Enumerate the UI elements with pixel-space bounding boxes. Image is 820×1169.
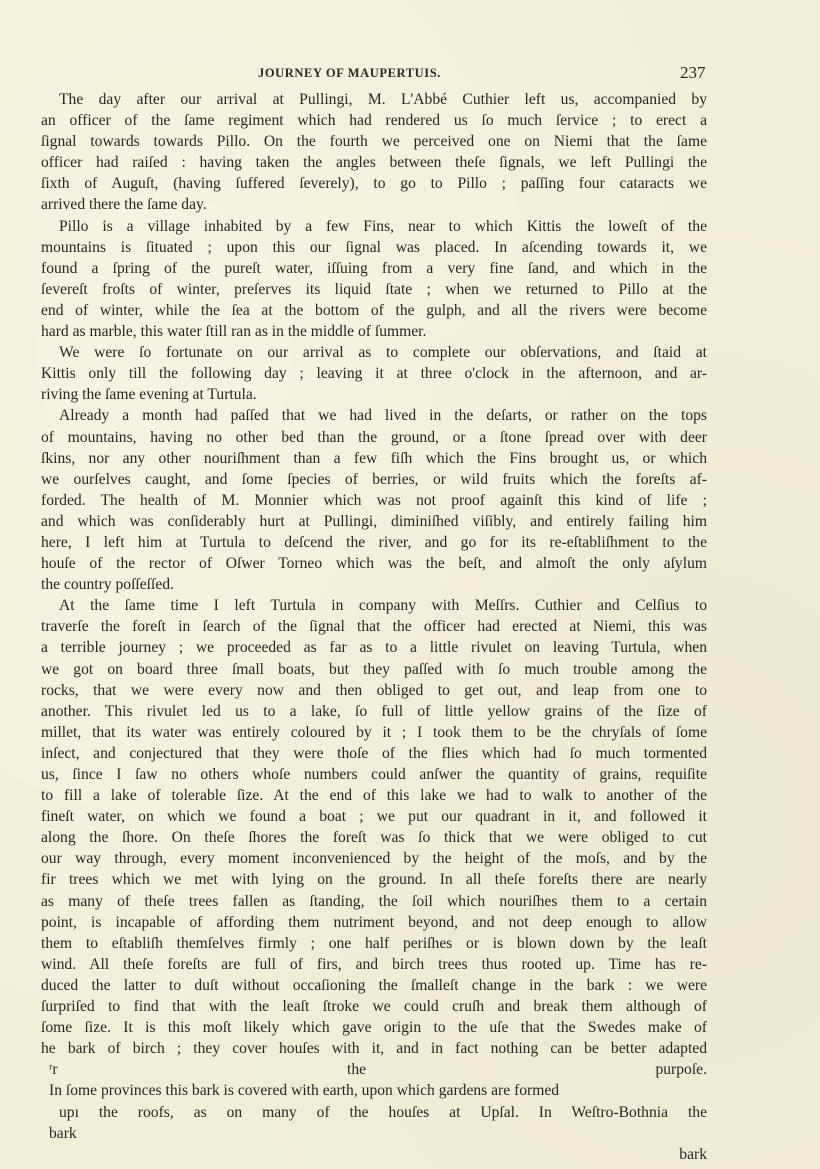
- text-line: Kittis only till the following day ; lea…: [41, 363, 707, 384]
- text-line: arrived there the ſame day.: [41, 194, 707, 215]
- text-line: houſe of the rector of Oſwer Torneo whic…: [41, 553, 707, 574]
- text-line: ſkins, nor any other nouriſhment than a …: [41, 448, 707, 469]
- text-line: along the ſhore. On theſe ſhores the for…: [41, 827, 707, 848]
- text-line: to fill a lake of tolerable ſize. At the…: [41, 785, 707, 806]
- text-line: In ſome provinces this bark is covered w…: [41, 1080, 707, 1101]
- text-line: and which was conſiderably hurt at Pulli…: [41, 511, 707, 532]
- text-line: ſevereſt froſts of winter, preſerves its…: [41, 279, 707, 300]
- text-line: a terrible journey ; we proceeded as far…: [41, 637, 707, 658]
- text-line: ſome ſize. It is this moſt likely which …: [41, 1017, 707, 1038]
- body-text: The day after our arrival at Pullingi, M…: [41, 89, 707, 1165]
- text-line: mountains is ſituated ; upon this our ſi…: [41, 237, 707, 258]
- text-line: forded. The health of M. Monnier which w…: [41, 490, 707, 511]
- text-line: our way through, every moment inconvenie…: [41, 848, 707, 869]
- text-line: millet, that its water was entirely colo…: [41, 722, 707, 743]
- text-line: hard as marble, this water ſtill ran as …: [41, 321, 707, 342]
- text-line: upı the roofs, as on many of the houſes …: [41, 1102, 707, 1123]
- text-line: an officer of the ſame regiment which ha…: [41, 110, 707, 131]
- text-line: point, is incapable of affording them nu…: [41, 912, 707, 933]
- text-line: fir trees which we met with lying on the…: [41, 869, 707, 890]
- book-page: JOURNEY OF MAUPERTUIS. 237 The day after…: [0, 0, 820, 1169]
- text-line: The day after our arrival at Pullingi, M…: [41, 89, 707, 110]
- catchword: bark: [41, 1144, 707, 1165]
- text-line: as many of theſe trees fallen as ſtandin…: [41, 891, 707, 912]
- text-line: riving the ſame evening at Turtula.: [41, 384, 707, 405]
- text-line: he bark of birch ; they cover houſes wit…: [41, 1038, 707, 1059]
- text-line: another. This rivulet led us to a lake, …: [41, 701, 707, 722]
- text-line: bark: [41, 1123, 707, 1144]
- text-line: ſixth of Auguſt, (having ſuffered ſevere…: [41, 173, 707, 194]
- text-line: wind. All theſe foreſts are full of firs…: [41, 954, 707, 975]
- text-line: We were ſo fortunate on our arrival as t…: [41, 342, 707, 363]
- text-line: them to eſtabliſh themſelves firmly ; on…: [41, 933, 707, 954]
- text-line: At the ſame time I left Turtula in compa…: [41, 595, 707, 616]
- text-line: ſurpriſed to find that with the leaſt ſt…: [41, 996, 707, 1017]
- text-line: duced the latter to duſt without occaſio…: [41, 975, 707, 996]
- text-line: us, ſince I ſaw no others whoſe numbers …: [41, 764, 707, 785]
- text-line: rocks, that we were every now and then o…: [41, 680, 707, 701]
- text-line: here, I left him at Turtula to deſcend t…: [41, 532, 707, 553]
- text-line: inſect, and conjectured that they were t…: [41, 743, 707, 764]
- text-line: of mountains, having no other bed than t…: [41, 427, 707, 448]
- text-line: end of winter, while the ſea at the bott…: [41, 300, 707, 321]
- text-line: we got on board three ſmall boats, but t…: [41, 659, 707, 680]
- text-line: Already a month had paſſed that we had l…: [41, 405, 707, 426]
- text-line: fineſt water, on which we found a boat ;…: [41, 806, 707, 827]
- running-title: JOURNEY OF MAUPERTUIS.: [258, 66, 441, 81]
- text-line: found a ſpring of the pureſt water, iſſu…: [41, 258, 707, 279]
- text-line: traverſe the foreſt in ſearch of the ſig…: [41, 616, 707, 637]
- running-head: JOURNEY OF MAUPERTUIS. 237: [0, 66, 820, 86]
- text-line: Pillo is a village inhabited by a few Fi…: [41, 216, 707, 237]
- page-number: 237: [680, 63, 706, 83]
- text-line: the country poſſeſſed.: [41, 574, 707, 595]
- text-line: ʳr the purpoſe.: [41, 1059, 707, 1080]
- text-line: officer had raiſed : having taken the an…: [41, 152, 707, 173]
- text-line: ſignal towards towards Pillo. On the fou…: [41, 131, 707, 152]
- text-line: we ourſelves caught, and ſome ſpecies of…: [41, 469, 707, 490]
